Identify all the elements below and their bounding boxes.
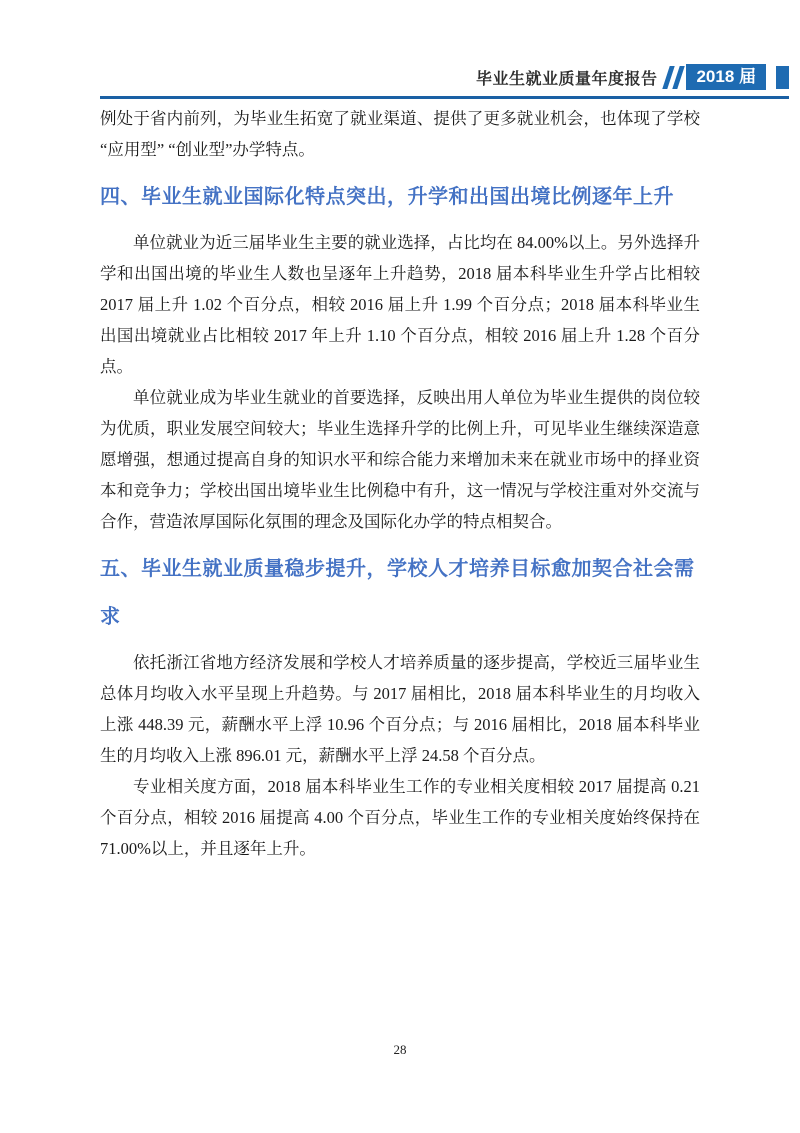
section-5-paragraph-1: 依托浙江省地方经济发展和学校人才培养质量的逐步提高，学校近三届毕业生总体月均收入…: [100, 647, 700, 771]
section-4-heading: 四、毕业生就业国际化特点突出，升学和出国出境比例逐年上升: [100, 173, 700, 221]
page-header: 毕业生就业质量年度报告 2018 届: [100, 64, 789, 99]
intro-paragraph: 例处于省内前列，为毕业生拓宽了就业渠道、提供了更多就业机会，也体现了学校“应用型…: [100, 103, 700, 165]
report-title: 毕业生就业质量年度报告: [476, 66, 658, 89]
year-badge: 2018 届: [686, 64, 766, 90]
document-page: { "header": { "report_title": "毕业生就业质量年度…: [0, 0, 800, 1133]
page-number: 28: [0, 1042, 800, 1058]
section-4-paragraph-2: 单位就业成为毕业生就业的首要选择，反映出用人单位为毕业生提供的岗位较为优质，职业…: [100, 382, 700, 537]
header-edge-bar: [776, 66, 789, 89]
section-4-paragraph-1: 单位就业为近三届毕业生主要的就业选择，占比均在 84.00%以上。另外选择升学和…: [100, 227, 700, 382]
section-5-paragraph-2: 专业相关度方面，2018 届本科毕业生工作的专业相关度相较 2017 届提高 0…: [100, 771, 700, 864]
document-body: 例处于省内前列，为毕业生拓宽了就业渠道、提供了更多就业机会，也体现了学校“应用型…: [100, 103, 700, 864]
section-5-heading: 五、毕业生就业质量稳步提升，学校人才培养目标愈加契合社会需求: [100, 545, 700, 641]
double-slash-icon: [663, 66, 685, 89]
